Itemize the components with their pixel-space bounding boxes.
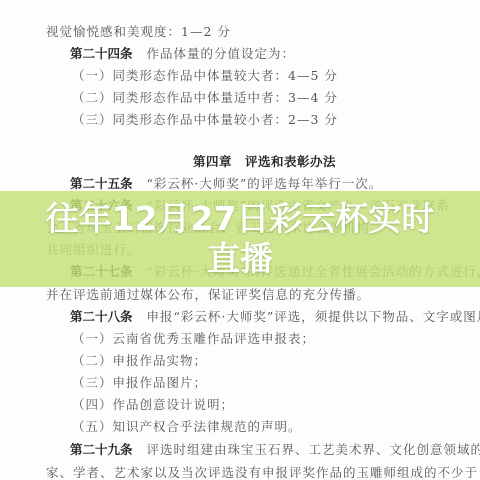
line-text: 家、学者、艺术家以及当次评选没有申报评奖作品的玉雕师组成的不少于７人 [46, 465, 480, 480]
line-text: （三）同类形态作品中体量较小者：2—3 分 [72, 112, 338, 127]
line-text: （四）作品创意设计说明； [72, 397, 234, 412]
list-item-3: （三）同类形态作品中体量较小者：2—3 分 [72, 110, 338, 128]
article-text: 作品体量的分值设定为： [147, 46, 296, 61]
article-29: 第二十九条评选时组建由珠宝玉石界、工艺美术界、文化创意领域的专 [70, 440, 480, 458]
article-25: 第二十五条“彩云杯·大师奖”的评选每年举行一次。 [70, 174, 382, 192]
line-text: （三）申报作品图片； [72, 375, 207, 390]
article-label: 第二十四条 [70, 46, 133, 61]
article-label: 第二十八条 [70, 309, 133, 324]
chapter-title: 第四章 评选和表彰办法 [193, 154, 336, 169]
line-text: （二）申报作品实物； [72, 353, 207, 368]
list-item-1: （一）云南省优秀玉雕作品评选申报表； [72, 329, 315, 347]
list-item-2: （二）申报作品实物； [72, 351, 207, 369]
list-item-4: （四）作品创意设计说明； [72, 395, 234, 413]
line-text: （二）同类形态作品中体量适中者：3—4 分 [72, 90, 338, 105]
chapter-heading: 第四章 评选和表彰办法 [193, 152, 336, 170]
line-text: 视觉愉悦感和美观度：1—2 分 [46, 24, 231, 39]
scoring-line-visual: 视觉愉悦感和美观度：1—2 分 [46, 22, 231, 40]
line-text: （五）知识产权合乎法律规范的声明。 [72, 419, 302, 434]
article-label: 第二十五条 [70, 176, 133, 191]
article-text: 评选时组建由珠宝玉石界、工艺美术界、文化创意领域的专 [147, 442, 480, 457]
line-text: 并在评选前通过媒体公布，保证评奖信息的充分传播。 [46, 287, 370, 302]
line-text: （一）同类形态作品中体量较大者：4—5 分 [72, 68, 338, 83]
line-text: （一）云南省优秀玉雕作品评选申报表； [72, 331, 315, 346]
article-29-cont: 家、学者、艺术家以及当次评选没有申报评奖作品的玉雕师组成的不少于７人 [46, 463, 480, 480]
document-page: 视觉愉悦感和美观度：1—2 分 第二十四条作品体量的分值设定为： （一）同类形态… [0, 0, 480, 480]
article-label: 第二十九条 [70, 442, 133, 457]
list-item-3: （三）申报作品图片； [72, 373, 207, 391]
article-24: 第二十四条作品体量的分值设定为： [70, 44, 295, 62]
list-item-5: （五）知识产权合乎法律规范的声明。 [72, 417, 302, 435]
article-28: 第二十八条申报“彩云杯·大师奖”评选，须提供以下物品、文字或图片： [70, 307, 480, 325]
list-item-2: （二）同类形态作品中体量适中者：3—4 分 [72, 88, 338, 106]
article-text: 申报“彩云杯·大师奖”评选，须提供以下物品、文字或图片： [147, 309, 480, 324]
article-27-cont: 并在评选前通过媒体公布，保证评奖信息的充分传播。 [46, 285, 370, 303]
title-banner: 往年12月27日彩云杯实时直播 [0, 191, 480, 287]
list-item-1: （一）同类形态作品中体量较大者：4—5 分 [72, 66, 338, 84]
banner-title: 往年12月27日彩云杯实时直播 [30, 199, 450, 279]
article-text: “彩云杯·大师奖”的评选每年举行一次。 [147, 176, 383, 191]
